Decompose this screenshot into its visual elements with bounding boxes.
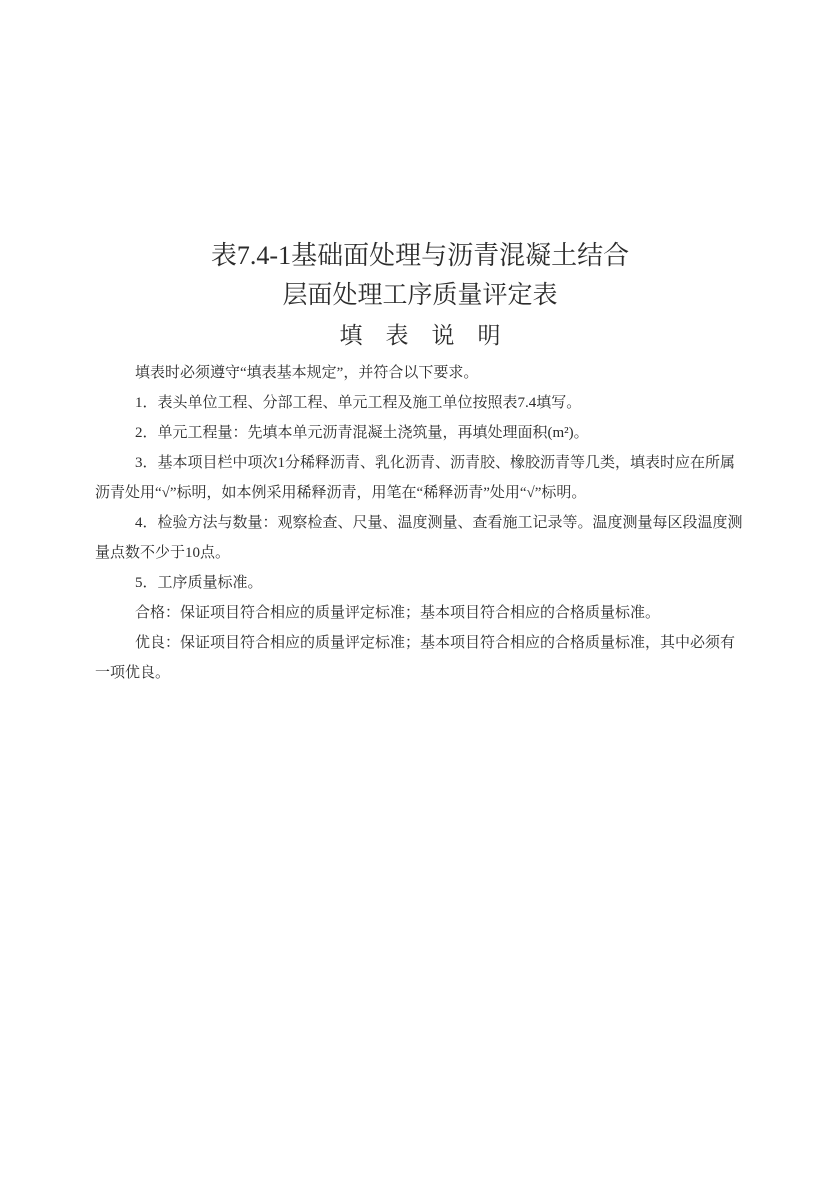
paragraph-intro: 填表时必须遵守“填表基本规定”，并符合以下要求。 xyxy=(95,358,745,388)
paragraph-qualified: 合格：保证项目符合相应的质量评定标准；基本项目符合相应的合格质量标准。 xyxy=(95,598,745,628)
doc-title-line-1: 表7.4-1基础面处理与沥青混凝土结合 xyxy=(95,236,745,276)
paragraph-item-1: 1．表头单位工程、分部工程、单元工程及施工单位按照表7.4填写。 xyxy=(95,388,745,418)
doc-title-line-2: 层面处理工序质量评定表 xyxy=(95,276,745,316)
paragraph-item-2: 2．单元工程量：先填本单元沥青混凝土浇筑量，再填处理面积(m²)。 xyxy=(95,418,745,448)
instructions-body: 填表时必须遵守“填表基本规定”，并符合以下要求。 1．表头单位工程、分部工程、单… xyxy=(95,358,745,688)
section-heading-fill-instructions: 填 表 说 明 xyxy=(95,316,745,356)
paragraph-item-3: 3．基本项目栏中项次1分稀释沥青、乳化沥青、沥青胶、橡胶沥青等几类，填表时应在所… xyxy=(95,448,745,508)
paragraph-item-5: 5．工序质量标准。 xyxy=(95,568,745,598)
paragraph-excellent: 优良：保证项目符合相应的质量评定标准；基本项目符合相应的合格质量标准，其中必须有… xyxy=(95,628,745,688)
document-page: 表7.4-1基础面处理与沥青混凝土结合 层面处理工序质量评定表 填 表 说 明 … xyxy=(0,0,838,1186)
document-content: 表7.4-1基础面处理与沥青混凝土结合 层面处理工序质量评定表 填 表 说 明 … xyxy=(95,236,745,688)
paragraph-item-4: 4．检验方法与数量：观察检查、尺量、温度测量、查看施工记录等。温度测量每区段温度… xyxy=(95,508,745,568)
